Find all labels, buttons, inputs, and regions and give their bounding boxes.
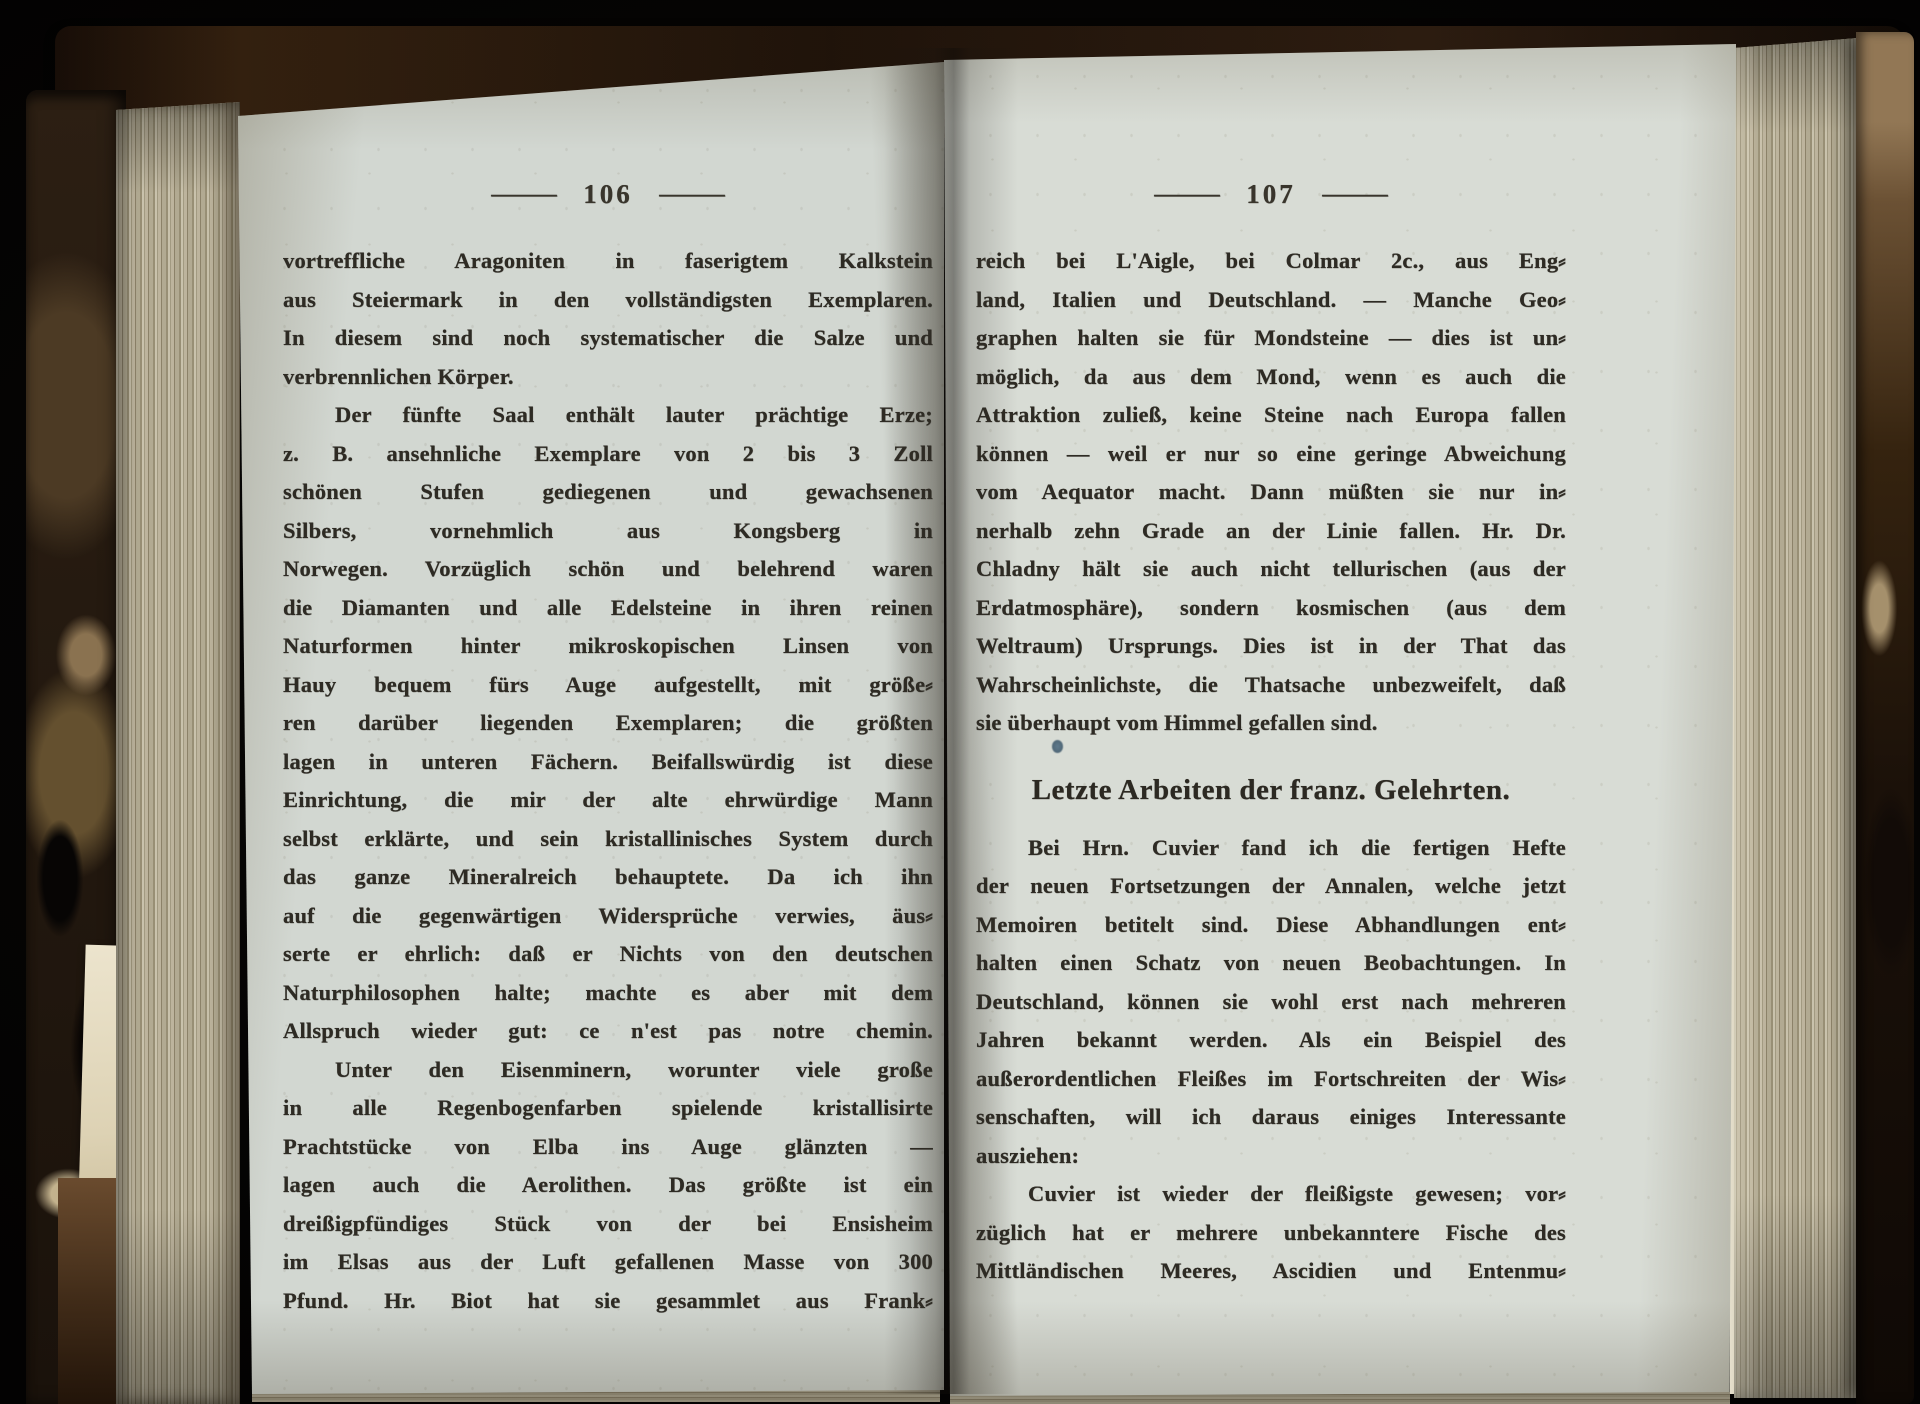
text-line: im Elsas aus der Luft gefallenen Masse v… [283,1243,933,1282]
text-line: außerordentlichen Fleißes im Fortschreit… [976,1060,1566,1099]
text-line: Cuvier ist wieder der fleißigste gewesen… [976,1175,1566,1214]
text-line: ausziehen: [976,1137,1566,1176]
text-line: Prachtstücke von Elba ins Auge glänzten … [283,1128,933,1167]
text-line: Norwegen. Vorzüglich schön und belehrend… [283,550,933,589]
right-text-block: reich bei L'Aigle, bei Colmar 2c., aus E… [976,242,1566,1291]
text-line: Memoiren betitelt sind. Diese Abhandlung… [976,906,1566,945]
header-rule-icon: — [1155,181,1220,208]
text-line: möglich, da aus dem Mond, wenn es auch d… [976,358,1566,397]
text-line: halten einen Schatz von neuen Beobachtun… [976,944,1566,983]
book-photo: — 106 — vortreffliche Aragoniten in fase… [0,0,1920,1404]
header-rule-icon: — [659,181,724,208]
paragraph: reich bei L'Aigle, bei Colmar 2c., aus E… [976,242,1566,743]
text-line: Attraktion zuließ, keine Steine nach Eur… [976,396,1566,435]
text-line: der neuen Fortsetzungen der Annalen, wel… [976,867,1566,906]
text-line: Erdatmosphäre), sondern kosmischen (aus … [976,589,1566,628]
section-heading: Letzte Arbeiten der franz. Gelehrten. [976,767,1566,813]
text-line: selbst erklärte, und sein kristallinisch… [283,820,933,859]
text-line: Allspruch wieder gut: ce n'est pas notre… [283,1012,933,1051]
text-line: vom Aequator macht. Dann müßten sie nur … [976,473,1566,512]
right-leather-cover [1856,32,1914,1404]
text-line: dreißigpfündiges Stück von der bei Ensis… [283,1205,933,1244]
paragraph: Unter den Eisenminern, worunter viele gr… [283,1051,933,1321]
left-page-text: — 106 — vortreffliche Aragoniten in fase… [283,176,933,1320]
text-line: lagen in unteren Fächern. Beifallswürdig… [283,743,933,782]
text-line: lagen auch die Aerolithen. Das größte is… [283,1166,933,1205]
text-line: Chladny hält sie auch nicht tellurischen… [976,550,1566,589]
text-line: Silbers, vornehmlich aus Kongsberg in [283,512,933,551]
paragraph: Bei Hrn. Cuvier fand ich die fertigen He… [976,829,1566,1176]
text-line: schönen Stufen gediegenen und gewachsene… [283,473,933,512]
header-rule-icon: — [1322,181,1387,208]
text-line: Weltraum) Ursprungs. Dies ist in der Tha… [976,627,1566,666]
paragraph: vortreffliche Aragoniten in faserigtem K… [283,242,933,396]
text-line: Naturphilosophen halte; machte es aber m… [283,974,933,1013]
text-line: das ganze Mineralreich behauptete. Da ic… [283,858,933,897]
blue-ink-spot [1052,740,1063,753]
header-rule-icon: — [492,181,557,208]
page-header-left: — 106 — [283,176,933,212]
text-line: nerhalb zehn Grade an der Linie fallen. … [976,512,1566,551]
right-page-text: — 107 — reich bei L'Aigle, bei Colmar 2c… [976,176,1566,1291]
text-line: vortreffliche Aragoniten in faserigtem K… [283,242,933,281]
text-line: In diesem sind noch systematischer die S… [283,319,933,358]
text-line: züglich hat er mehrere unbekanntere Fisc… [976,1214,1566,1253]
text-line: können — weil er nur so eine geringe Abw… [976,435,1566,474]
page-header-right: — 107 — [976,176,1566,212]
text-line: sie überhaupt vom Himmel gefallen sind. [976,704,1566,743]
text-line: serte er ehrlich: daß er Nichts von den … [283,935,933,974]
text-line: Deutschland, können sie wohl erst nach m… [976,983,1566,1022]
text-line: die Diamanten und alle Edelsteine in ihr… [283,589,933,628]
page-number-left: 106 [583,179,633,210]
text-line: graphen halten sie für Mondsteine — dies… [976,319,1566,358]
paragraph: Der fünfte Saal enthält lauter prächtige… [283,396,933,1051]
text-line: Der fünfte Saal enthält lauter prächtige… [283,396,933,435]
text-line: Unter den Eisenminern, worunter viele gr… [283,1051,933,1090]
text-line: aus Steiermark in den vollständigsten Ex… [283,281,933,320]
text-line: z. B. ansehnliche Exemplare von 2 bis 3 … [283,435,933,474]
left-page-block-edges [116,102,240,1404]
left-text-block: vortreffliche Aragoniten in faserigtem K… [283,242,933,1320]
text-line: Naturformen hinter mikroskopischen Linse… [283,627,933,666]
page-number-right: 107 [1246,179,1296,210]
text-line: in alle Regenbogenfarben spielende krist… [283,1089,933,1128]
text-line: reich bei L'Aigle, bei Colmar 2c., aus E… [976,242,1566,281]
text-line: auf die gegenwärtigen Widersprüche verwi… [283,897,933,936]
text-line: Hauy bequem fürs Auge aufgestellt, mit g… [283,666,933,705]
right-page-block-edges [1734,38,1858,1398]
text-line: Jahren bekannt werden. Als ein Beispiel … [976,1021,1566,1060]
text-line: Einrichtung, die mir der alte ehrwürdige… [283,781,933,820]
text-line: ren darüber liegenden Exemplaren; die gr… [283,704,933,743]
text-line: verbrennlichen Körper. [283,358,933,397]
text-line: Bei Hrn. Cuvier fand ich die fertigen He… [976,829,1566,868]
text-line: senschaften, will ich daraus einiges Int… [976,1098,1566,1137]
text-line: Wahrscheinlichste, die Thatsache unbezwe… [976,666,1566,705]
text-line: Mittländischen Meeres, Ascidien und Ente… [976,1252,1566,1291]
text-line: Pfund. Hr. Biot hat sie gesammlet aus Fr… [283,1282,933,1321]
paragraph: Cuvier ist wieder der fleißigste gewesen… [976,1175,1566,1291]
text-line: land, Italien und Deutschland. — Manche … [976,281,1566,320]
